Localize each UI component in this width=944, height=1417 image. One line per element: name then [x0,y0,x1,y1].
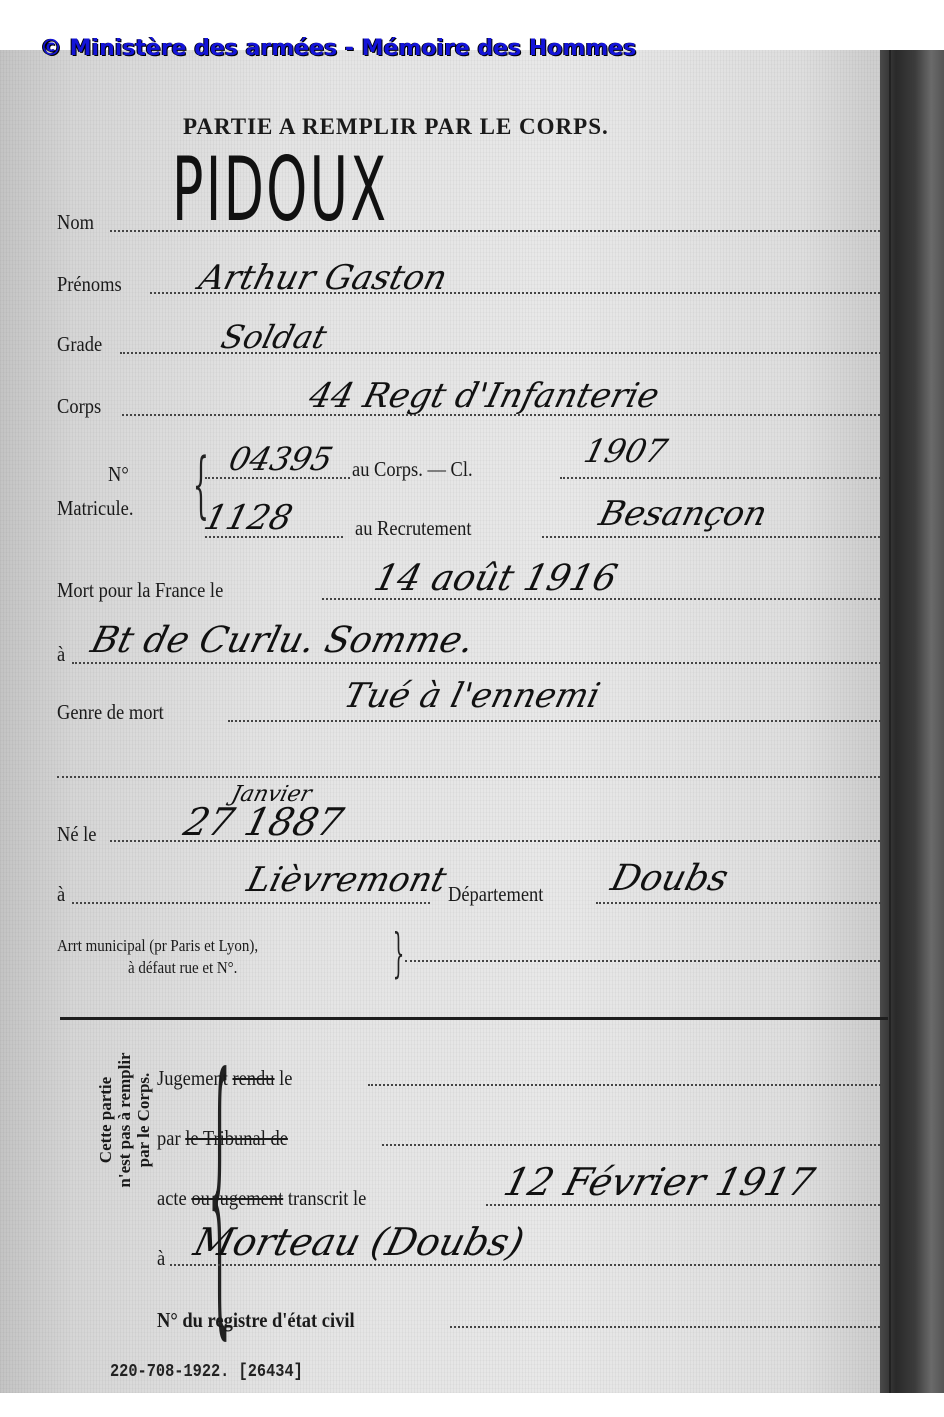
transcrit-a-line [170,1264,884,1266]
mort-a-value: Bt de Curlu. Somme. [87,620,478,661]
arrondissement-label-line2: à défaut rue et N°. [128,958,237,978]
page-edge-line [889,50,891,1393]
nom-line [110,230,884,232]
mort-le-value: 14 août 1916 [370,558,621,599]
mort-a-label: à [57,642,65,667]
registre-label: N° du registre d'état civil [157,1308,355,1333]
prenoms-value: Arthur Gaston [195,258,451,298]
ne-a-label: à [57,882,65,907]
classe-line [560,477,884,479]
grade-value: Soldat [217,318,330,356]
side-note: Cette partie n'est pas à remplir par le … [96,1030,153,1210]
grade-label: Grade [57,332,102,357]
recrutement-no-value: 1128 [200,498,297,538]
section-divider [60,1017,888,1020]
classe-value: 1907 [580,432,671,470]
ne-a-value: Lièvremont [243,860,450,900]
jugement-label: Jugement rendu le [157,1066,292,1091]
genre-de-mort-label: Genre de mort [57,700,164,725]
corps-value: 44 Regt d'Infanterie [305,376,663,416]
ne-le-label: Né le [57,822,97,847]
jugement-line [368,1084,884,1086]
copyright-watermark: © Ministère des armées - Mémoire des Hom… [40,36,636,61]
arrondissement-brace: } [393,928,405,980]
matricule-no-label: N° [108,462,129,487]
au-corps-label: au Corps. — Cl. [352,457,473,482]
mort-a-line [72,662,884,664]
registre-line [450,1326,884,1328]
ne-le-value: 27 1887 [180,800,348,844]
transcrit-line [486,1204,884,1206]
departement-line [596,902,884,904]
arrondissement-line [405,960,884,962]
arrondissement-label-line1: Arrt municipal (pr Paris et Lyon), [57,936,258,956]
departement-value: Doubs [607,858,732,899]
nom-value: PIDOUX [172,138,389,241]
mort-le-label: Mort pour la France le [57,578,223,603]
genre-de-mort-value: Tué à l'ennemi [340,676,604,716]
departement-label: Département [448,882,543,907]
recrutement-lieu-line [542,536,884,538]
au-corps-value: 04395 [225,440,336,478]
corps-label: Corps [57,394,101,419]
prenoms-label: Prénoms [57,272,122,297]
transcrit-a-label: à [157,1246,165,1271]
matricule-label: Matricule. [57,496,133,521]
print-reference: 220-708-1922. [26434] [110,1362,303,1382]
nom-label: Nom [57,210,94,235]
extra-line [57,776,884,778]
transcrit-a-value: Morteau (Doubs) [190,1220,529,1264]
ne-a-line [72,902,430,904]
genre-de-mort-line [228,720,884,722]
transcrit-label: acte ou jugement transcrit le [157,1186,366,1211]
tribunal-line [382,1144,884,1146]
transcrit-value: 12 Février 1917 [500,1160,819,1204]
recrutement-lieu-value: Besançon [595,494,771,534]
form-title: PARTIE A REMPLIR PAR LE CORPS. [183,114,609,140]
au-recrutement-label: au Recrutement [355,516,471,541]
tribunal-label: par le Tribunal de [157,1126,288,1151]
